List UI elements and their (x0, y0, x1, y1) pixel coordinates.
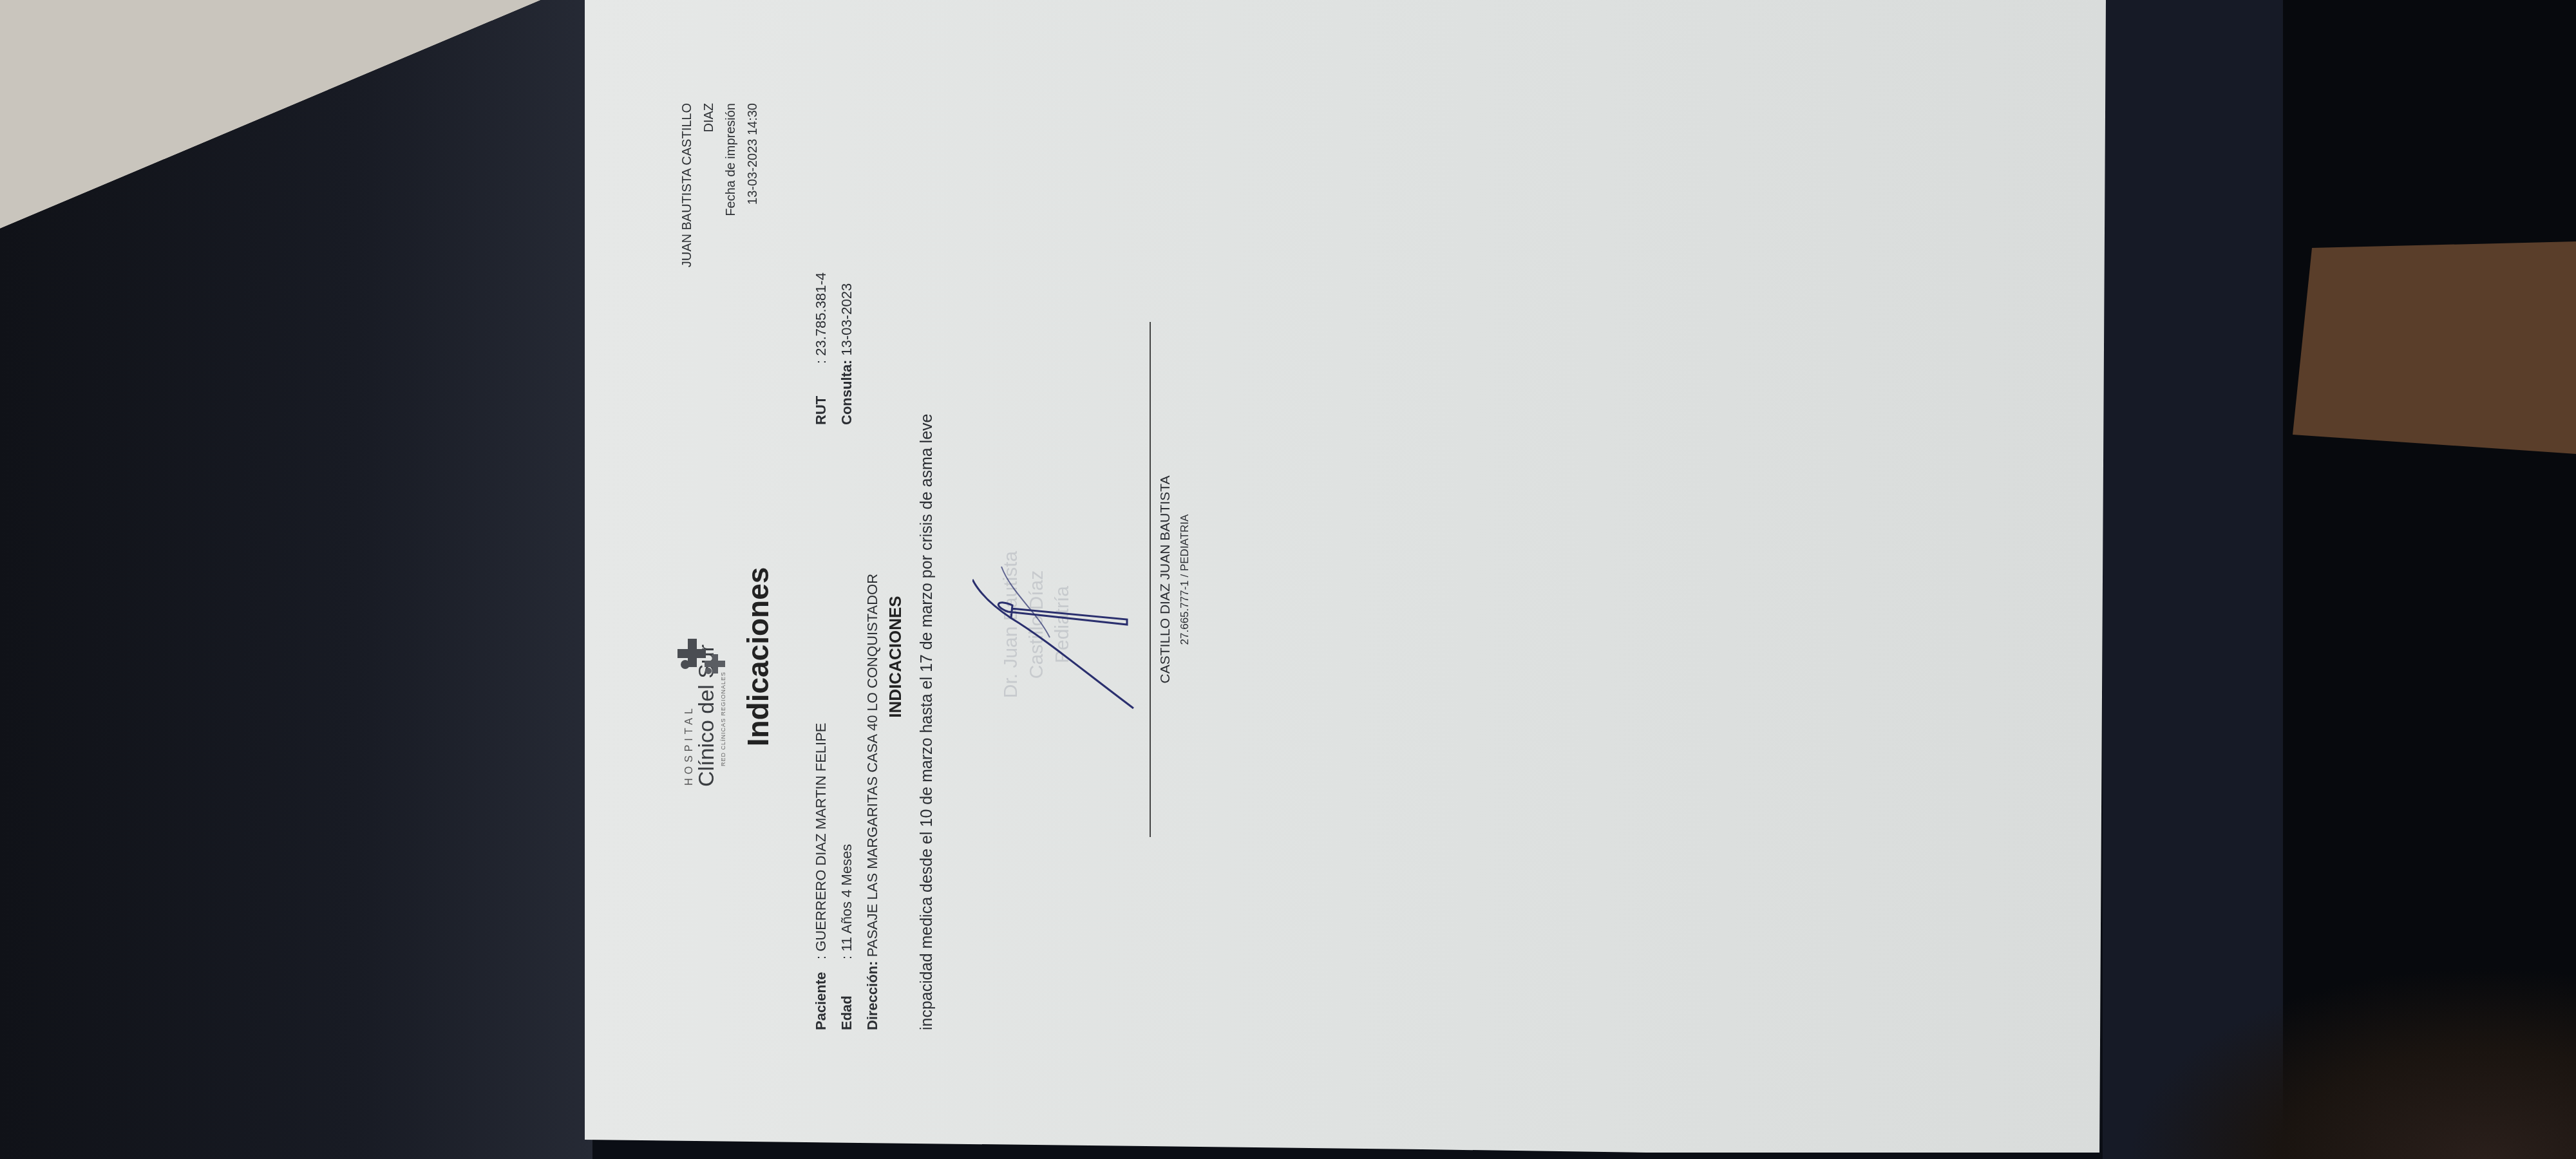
patient-age-row: Edad: 11 Años 4 Meses (834, 574, 860, 1030)
consult-row: Consulta: 13-03-2023 (834, 272, 860, 425)
indication-text: incpacidad medica desde el 10 de marzo h… (918, 414, 936, 1030)
signature-line (1150, 322, 1151, 837)
doctor-name-line1: JUAN BAUTISTA CASTILLO (676, 103, 698, 267)
patient-name-value: : GUERRERO DIAZ MARTIN FELIPE (813, 722, 829, 959)
patient-name-row: Paciente: GUERRERO DIAZ MARTIN FELIPE (808, 574, 834, 1030)
patient-address-label: Dirección: (864, 961, 880, 1030)
doctor-name-line2: DIAZ (698, 103, 720, 267)
rut-label: RUT (808, 364, 834, 425)
patient-name-label: Paciente (808, 959, 834, 1030)
indications-section-title: INDICACIONES (885, 206, 905, 1107)
logo-network-text: RED CLÍNICAS REGIONALES (720, 672, 726, 766)
patient-address-value: PASAJE LAS MARGARITAS CASA 40 LO CONQUIS… (864, 574, 880, 957)
patient-info-right: RUT: 23.785.381-4 Consulta: 13-03-2023 (808, 272, 860, 425)
signature-icon (972, 502, 1140, 734)
signatory-name: CASTILLO DIAZ JUAN BAUTISTA (1158, 322, 1173, 837)
patient-age-value: : 11 Años 4 Meses (838, 844, 855, 959)
patient-info: Paciente: GUERRERO DIAZ MARTIN FELIPE Ed… (808, 574, 885, 1030)
hospital-logo: HOSPITAL Clínico del Sur RED CLÍNICAS RE… (676, 637, 734, 805)
background-hair (2125, 966, 2576, 1159)
medical-cross-icon (676, 631, 728, 676)
document-title: Indicaciones (741, 206, 775, 1107)
signatory-id-specialty: 27.665.777-1 / PEDIATRIA (1179, 322, 1191, 837)
patient-age-label: Edad (834, 959, 860, 1030)
rut-row: RUT: 23.785.381-4 (808, 272, 834, 425)
consult-value: 13-03-2023 (838, 283, 855, 356)
consult-label: Consulta: (838, 360, 855, 425)
background-cardboard (2293, 241, 2576, 454)
medical-document: HOSPITAL Clínico del Sur RED CLÍNICAS RE… (663, 77, 1372, 1107)
patient-address-row: Dirección: PASAJE LAS MARGARITAS CASA 40… (860, 574, 885, 1030)
rut-value: : 23.785.381-4 (813, 272, 829, 364)
print-date-label: Fecha de impresión (720, 103, 742, 267)
